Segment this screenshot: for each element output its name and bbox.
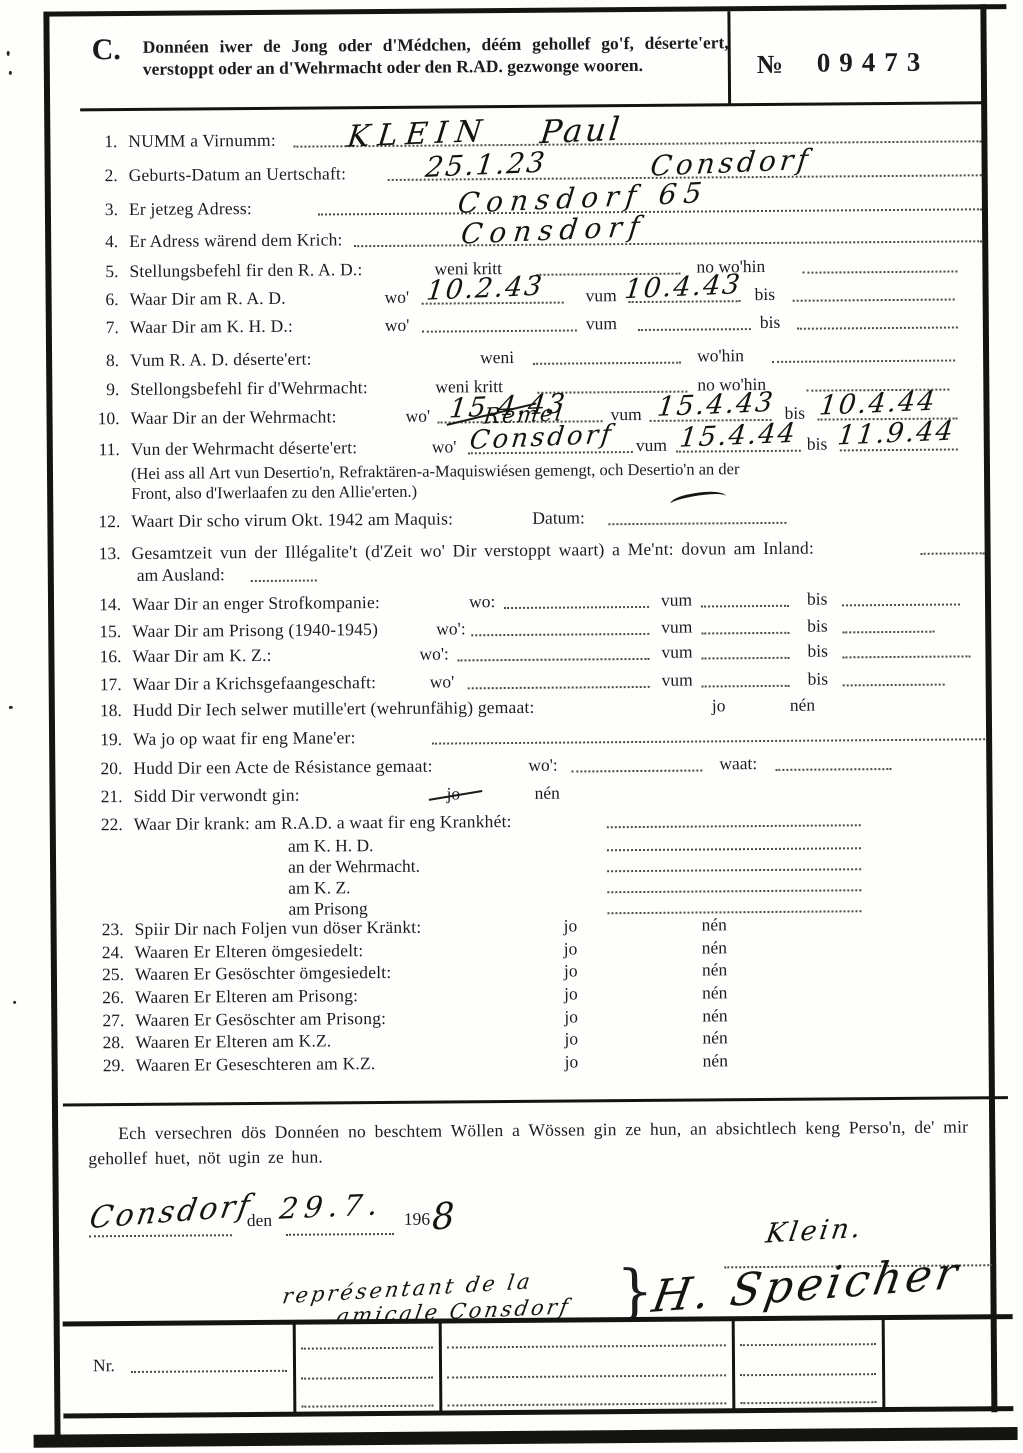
field-label-wo: wo': xyxy=(419,643,449,664)
handwritten-birthdate: 25.1.23 xyxy=(424,146,549,184)
dotted-line xyxy=(740,1327,876,1346)
field-label-bis: bis xyxy=(808,669,829,690)
row-number: 6. xyxy=(75,289,119,310)
row-label: Er jetzeg Adress: xyxy=(129,198,252,220)
table-vertical-4 xyxy=(882,1319,885,1408)
handwritten-desert-place: Consdorf xyxy=(468,420,615,456)
row-number: 28. xyxy=(80,1032,124,1053)
row-label: Hudd Dir een Acte de Résistance gemaat: xyxy=(133,756,433,779)
row-number: 29. xyxy=(81,1055,125,1076)
nen-option: nén xyxy=(534,783,559,804)
jo-option: jo xyxy=(564,1028,578,1049)
scan-speck xyxy=(9,71,12,75)
row-label: Waar Dir an enger Strofkompanie: xyxy=(132,592,380,615)
handwritten-date-from-rad: 10.2.43 xyxy=(425,271,546,307)
field-label-vum: vum xyxy=(586,285,617,306)
row-number: 27. xyxy=(80,1010,124,1031)
row-number: 21. xyxy=(78,786,122,807)
dotted-line xyxy=(740,1385,876,1404)
row-number: 8. xyxy=(75,350,119,371)
dotted-line xyxy=(571,754,702,773)
row-number: 23. xyxy=(80,919,124,940)
dotted-line xyxy=(432,722,985,744)
row-label: Wa jo op waat fir eng Mane'er: xyxy=(133,727,356,750)
field-label-bis: bis xyxy=(807,589,828,610)
row-number: 9. xyxy=(75,379,119,400)
field-label-vum: vum xyxy=(661,642,692,663)
field-label-wo: wo': xyxy=(436,618,466,639)
frame-top-line xyxy=(44,4,1006,17)
dotted-line xyxy=(251,564,317,583)
field-label-vum: vum xyxy=(662,670,693,691)
row-number: 3. xyxy=(74,199,118,220)
dotted-line xyxy=(301,1389,433,1408)
dotted-line xyxy=(457,642,649,662)
row-label: Waaren Er Gesöschter am Prisong: xyxy=(135,1008,386,1031)
jo-option: jo xyxy=(564,960,578,981)
form-row-19: 19. Wa jo op waat fir eng Mane'er: xyxy=(0,722,1023,756)
form-row-8: 8. Vum R. A. D. déserte'ert: weni wo'hin xyxy=(0,343,1020,377)
field-label-datum: Datum: xyxy=(532,507,585,528)
row-label: Vum R. A. D. déserte'ert: xyxy=(130,349,312,371)
number-value: 09473 xyxy=(817,47,930,79)
row-number: 17. xyxy=(78,674,122,695)
dotted-line xyxy=(607,873,861,893)
dotted-line xyxy=(89,1218,232,1237)
row-label: Waar Dir krank: am R.A.D. a waat fir eng… xyxy=(134,811,512,835)
dotted-line xyxy=(354,224,982,247)
nen-option: nén xyxy=(703,1050,728,1071)
row-number: 13. xyxy=(77,543,121,564)
row-label: Waar Dir am K. Z.: xyxy=(132,645,271,667)
handwritten-firstname: Paul xyxy=(538,110,624,152)
dotted-line xyxy=(608,506,786,525)
field-label-bis: bis xyxy=(807,434,828,455)
row-label: Waaren Er Geseschteren am K.Z. xyxy=(136,1053,376,1076)
dotted-line xyxy=(772,344,955,363)
dotted-line xyxy=(638,312,751,331)
row-label: Stellongsbefehl fir d'Wehrmacht: xyxy=(130,377,368,400)
dotted-line xyxy=(842,615,934,634)
scan-tilt-wrapper: C. Donnéen iwer de Jong oder d'Médchen, … xyxy=(0,0,1023,1453)
row-number: 24. xyxy=(80,942,124,963)
field-label-wo: wo': xyxy=(528,755,558,776)
dotted-line xyxy=(921,536,985,555)
jo-option: jo xyxy=(563,915,577,936)
dotted-line xyxy=(607,852,861,872)
row-11-note-line-2: Front, also d'Iwerlaafen zu den Allie'er… xyxy=(131,482,417,504)
field-label-wo: wo' xyxy=(385,287,410,308)
field-label-vum: vum xyxy=(636,435,667,456)
dotted-line xyxy=(701,641,789,660)
dotted-line xyxy=(533,346,681,365)
jo-option: jo xyxy=(565,1051,579,1072)
row-number: 18. xyxy=(78,700,122,721)
handwritten-signature-klein: Klein. xyxy=(764,1213,866,1250)
row-label: Waar Dir am Prisong (1940-1945) xyxy=(132,619,378,642)
row-number: 14. xyxy=(77,594,121,615)
row-label: Waar Dir am R. A. D. xyxy=(130,288,286,310)
row-label: Hudd Dir Iech selwer mutille'ert (wehrun… xyxy=(133,697,535,721)
row-label: Waaren Er Elteren am K.Z. xyxy=(135,1030,331,1053)
dotted-line xyxy=(702,669,790,688)
table-bottom-border xyxy=(63,1406,1013,1418)
field-label-bis: bis xyxy=(760,312,781,333)
field-label-wo: wo' xyxy=(385,315,410,336)
row-label: Spiir Dir nach Foljen vun döser Kränkt: xyxy=(134,917,421,940)
handwritten-date-vum-rad: 10.4.43 xyxy=(623,269,744,305)
field-label-vum: vum xyxy=(586,313,617,334)
row-label: Waaren Er Gesöschter ömgesiedelt: xyxy=(135,962,392,985)
dotted-line xyxy=(607,808,861,828)
dotted-line xyxy=(802,254,957,273)
field-label-wohin: wo'hin xyxy=(697,345,744,366)
row-11-note-line-1: (Hei ass all Art vun Desertio'n, Refrakt… xyxy=(131,459,740,484)
row-label: Waart Dir scho virum Okt. 1942 am Maquis… xyxy=(131,508,453,532)
row-label: Stellungsbefehl fir den R. A. D.: xyxy=(129,259,362,282)
row-label: Vun der Wehrmacht déserte'ert: xyxy=(131,437,358,460)
table-vertical-1 xyxy=(293,1324,296,1413)
field-label-waat: waat: xyxy=(719,753,757,774)
dotted-line xyxy=(793,283,955,302)
row-number: 5. xyxy=(74,261,118,282)
scanned-form-page: C. Donnéen iwer de Jong oder d'Médchen, … xyxy=(0,0,1023,1453)
dotted-line xyxy=(607,831,861,851)
row-number: 16. xyxy=(77,646,121,667)
number-label: № xyxy=(757,50,783,80)
dotted-line xyxy=(447,1328,726,1348)
row-number: 12. xyxy=(76,511,120,532)
declaration-text: Ech versechren dös Donnéen no beschtem W… xyxy=(88,1114,968,1171)
form-row-7: 7. Waar Dir am K. H. D.: wo' vum bis xyxy=(0,310,1020,344)
jo-option: jo xyxy=(564,983,578,1004)
row-label: Sidd Dir verwondt gin: xyxy=(133,785,299,807)
dotted-line xyxy=(468,670,650,689)
jo-option: jo xyxy=(564,938,578,959)
dotted-line xyxy=(504,590,649,609)
nen-option: nén xyxy=(790,695,815,716)
nen-option: nén xyxy=(702,959,727,980)
field-label-vum: vum xyxy=(661,617,692,638)
dotted-line xyxy=(422,313,577,332)
den-label: den xyxy=(247,1210,272,1231)
row-number: 2. xyxy=(74,165,118,186)
dotted-line xyxy=(131,1354,287,1373)
row-number: 25. xyxy=(80,964,124,985)
row-number: 11. xyxy=(76,439,120,460)
field-label-bis: bis xyxy=(807,616,828,637)
row-label: Waaren Er Elteren ömgesiedelt: xyxy=(135,940,364,963)
handwritten-desert-bis: 11.9.44 xyxy=(836,415,957,451)
nen-option: nén xyxy=(702,1005,727,1026)
row-number: 10. xyxy=(75,408,119,429)
dotted-line xyxy=(447,1358,726,1378)
row-number: 20. xyxy=(78,758,122,779)
sub-label: am K. H. D. xyxy=(288,835,374,857)
scan-speck xyxy=(7,51,10,56)
row-number: 15. xyxy=(77,621,121,642)
dotted-line xyxy=(842,639,970,658)
field-label-weni: weni xyxy=(480,347,514,368)
nr-label: Nr. xyxy=(93,1355,115,1376)
row-label: Waar Dir am K. H. D.: xyxy=(130,316,293,338)
row-number: 19. xyxy=(78,729,122,750)
handwritten-signature-speicher: H. Speicher xyxy=(649,1247,966,1323)
form-title: Donnéen iwer de Jong oder d'Médchen, déé… xyxy=(143,32,729,80)
dotted-line xyxy=(775,752,891,771)
row-number: 26. xyxy=(80,987,124,1008)
header-number-divider xyxy=(727,11,731,104)
field-label-wo: wo' xyxy=(430,671,455,692)
footer-rule xyxy=(63,1096,1008,1106)
dotted-line xyxy=(701,589,789,608)
form-row-12: 12. Waart Dir scho virum Okt. 1942 am Ma… xyxy=(0,504,1021,538)
handwritten-date: 29.7. xyxy=(278,1187,386,1226)
dotted-line xyxy=(797,310,958,329)
field-label-bis: bis xyxy=(807,641,828,662)
dotted-line xyxy=(843,668,945,687)
table-vertical-3 xyxy=(732,1320,735,1409)
row-number: 1. xyxy=(73,131,117,152)
nen-option: nén xyxy=(701,914,726,935)
nen-option: nén xyxy=(702,1027,727,1048)
handwritten-year-digit: 8 xyxy=(432,1195,455,1239)
frame-bottom-bar xyxy=(34,1427,1018,1448)
handwritten-brace: } xyxy=(616,1257,653,1325)
sub-label: an der Wehrmacht. xyxy=(288,856,420,878)
row-label: Er Adress wärend dem Krich: xyxy=(129,229,343,252)
table-vertical-2 xyxy=(439,1323,442,1412)
row-number: 22. xyxy=(79,814,123,835)
dotted-line xyxy=(607,894,861,914)
field-label-vum: vum xyxy=(661,590,692,611)
row-label: Waar Dir an der Wehrmacht: xyxy=(130,406,336,429)
sub-label: am K. Z. xyxy=(288,877,350,898)
section-letter: C. xyxy=(92,33,121,67)
dotted-line xyxy=(701,616,789,635)
row-label: Waar Dir a Krichsgefaangeschaft: xyxy=(133,672,377,695)
dotted-line xyxy=(447,1386,726,1406)
row-number: 4. xyxy=(74,231,118,252)
field-label-wo: wo: xyxy=(469,591,495,612)
form-row-4: 4. Er Adress wärend dem Krich: Consdorf xyxy=(0,224,1019,258)
dotted-line xyxy=(471,617,649,636)
row-label: Waaren Er Elteren am Prisong: xyxy=(135,985,358,1008)
dotted-line xyxy=(301,1331,433,1350)
year-printed: 196 xyxy=(404,1209,430,1230)
handwritten-desert-vum: 15.4.44 xyxy=(678,418,799,454)
row-label-ausland: am Ausland: xyxy=(137,564,225,586)
handwritten-wehrmacht-vum: 15.4.43 xyxy=(656,387,777,423)
dotted-line xyxy=(301,1361,433,1380)
field-label-vum: vum xyxy=(610,404,641,425)
row-label: Geburts-Datum an Uertschaft: xyxy=(129,163,347,186)
dotted-line xyxy=(842,587,960,606)
field-label-bis: bis xyxy=(755,284,776,305)
row-number: 7. xyxy=(75,317,119,338)
field-label-wo: wo' xyxy=(432,436,457,457)
nen-option: nén xyxy=(702,937,727,958)
row-label: NUMM a Virnumm: xyxy=(128,130,276,152)
field-label-wo: wo' xyxy=(405,406,430,427)
jo-option: jo xyxy=(712,695,726,716)
dotted-line xyxy=(740,1357,876,1376)
jo-option: jo xyxy=(564,1006,578,1027)
header-rule xyxy=(80,101,983,111)
nen-option: nén xyxy=(702,982,727,1003)
